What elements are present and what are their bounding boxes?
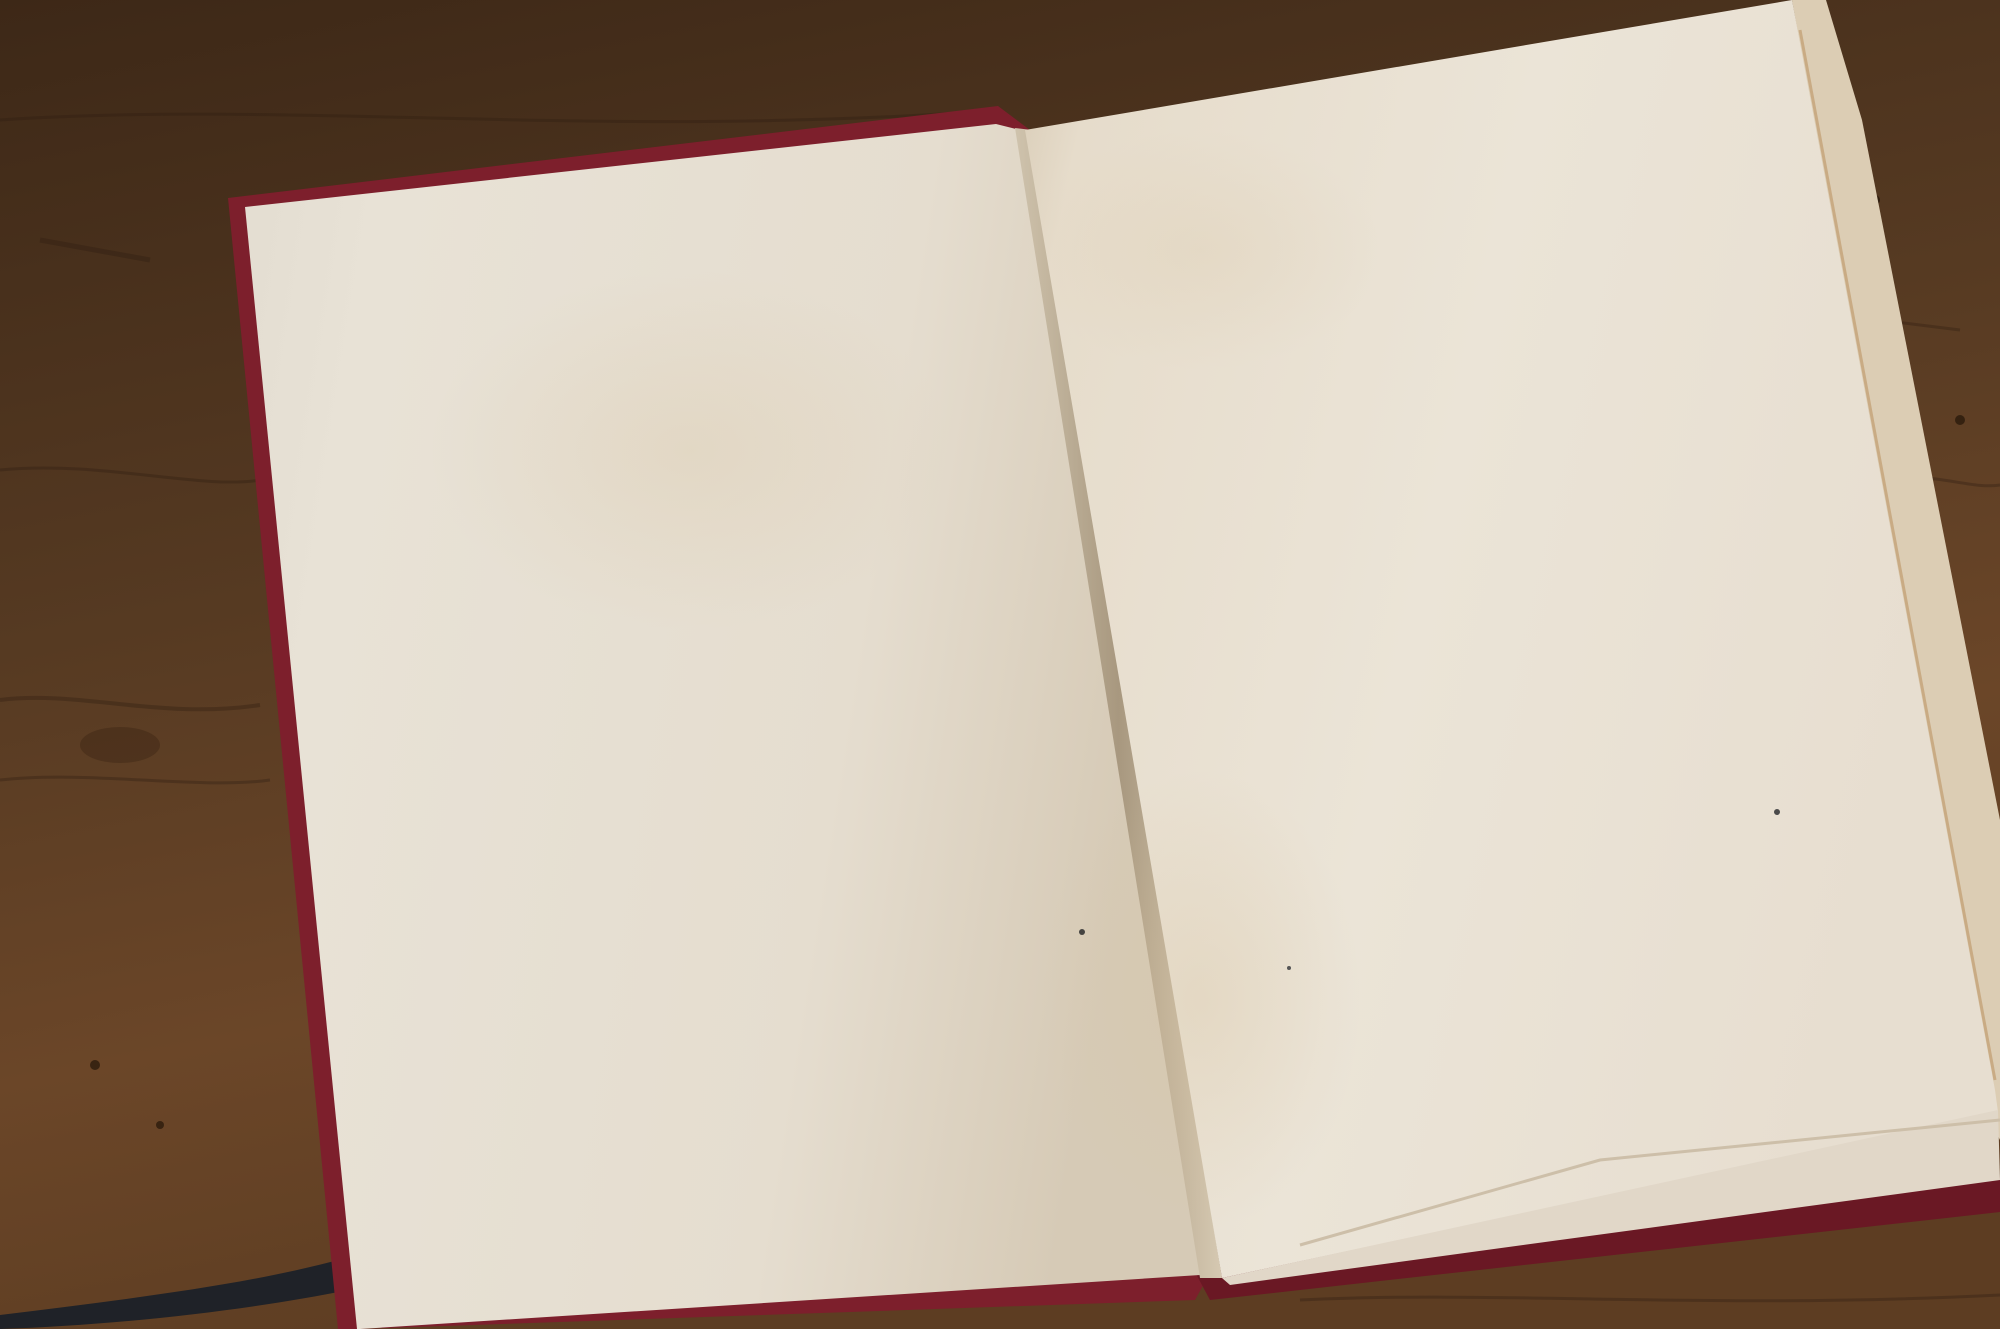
photo-scene: Open hardcover book with blank pages lyi…	[0, 0, 2000, 1329]
right-page-spot	[1774, 809, 1780, 815]
book-photo	[0, 0, 2000, 1329]
right-page-spot-2	[1287, 966, 1291, 970]
right-page-stain-top	[1020, 130, 1380, 370]
right-page-stain	[1040, 770, 1360, 1230]
left-page-stain	[430, 270, 950, 630]
